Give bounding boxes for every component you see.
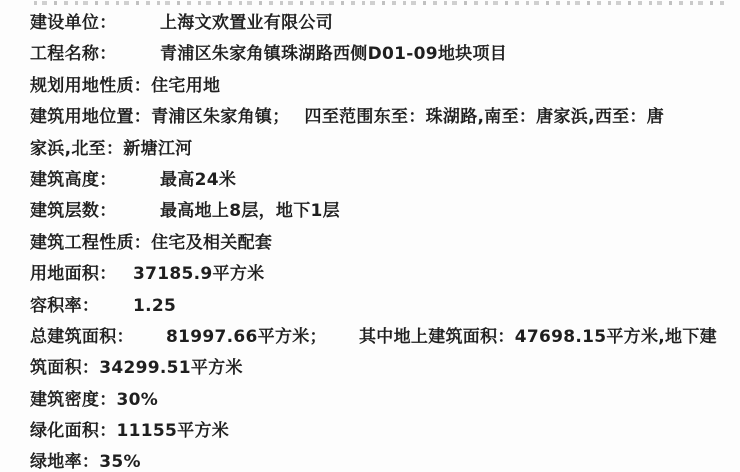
- field-value: 最高地上8层，地下1层: [160, 201, 340, 221]
- field-text: 规划用地性质：住宅用地: [30, 76, 220, 96]
- row-construction-unit: 建设单位：上海文欢置业有限公司: [30, 8, 736, 39]
- field-value: 青浦区朱家角镇珠湖路西侧D01-09地块项目: [160, 44, 507, 64]
- row-building-floors: 建筑层数：最高地上8层，地下1层: [30, 196, 736, 227]
- row-site-location-continued: 家浜,北至：新塘江河: [30, 134, 736, 165]
- row-green-ratio: 绿地率：35%: [30, 447, 736, 472]
- project-info-document: 建设单位：上海文欢置业有限公司 工程名称：青浦区朱家角镇珠湖路西侧D01-09地…: [0, 0, 740, 472]
- field-value-2: 47698.15平方米,地下建: [515, 327, 717, 347]
- field-value: 1.25: [133, 296, 176, 316]
- field-text: 建筑密度：30%: [30, 390, 158, 410]
- row-building-density: 建筑密度：30%: [30, 385, 736, 416]
- row-planned-land-use: 规划用地性质：住宅用地: [30, 71, 736, 102]
- field-label: 用地面积：: [30, 259, 133, 290]
- field-text: 筑面积：34299.51平方米: [30, 358, 243, 378]
- field-value: 上海文欢置业有限公司: [160, 13, 333, 33]
- field-label: 建设单位：: [30, 8, 160, 39]
- row-total-floor-area: 总建筑面积：81997.66平方米；其中地上建筑面积：47698.15平方米,地…: [30, 322, 736, 353]
- field-label: 容积率：: [30, 291, 133, 322]
- field-text: 家浜,北至：新塘江河: [30, 139, 192, 159]
- field-text: 绿化面积：11155平方米: [30, 421, 229, 441]
- row-site-location: 建筑用地位置：青浦区朱家角镇； 四至范围东至：珠湖路,南至：唐家浜,西至：唐: [30, 102, 736, 133]
- row-land-area: 用地面积：37185.9平方米: [30, 259, 736, 290]
- row-green-area: 绿化面积：11155平方米: [30, 416, 736, 447]
- row-total-floor-area-continued: 筑面积：34299.51平方米: [30, 353, 736, 384]
- row-project-nature: 建筑工程性质：住宅及相关配套: [30, 228, 736, 259]
- field-value: 81997.66平方米；: [166, 322, 359, 353]
- row-project-name: 工程名称：青浦区朱家角镇珠湖路西侧D01-09地块项目: [30, 39, 736, 70]
- field-text: 建筑工程性质：住宅及相关配套: [30, 233, 272, 253]
- field-label: 建筑层数：: [30, 196, 160, 227]
- row-plot-ratio: 容积率：1.25: [30, 291, 736, 322]
- field-label: 总建筑面积：: [30, 322, 166, 353]
- row-building-height: 建筑高度：最高24米: [30, 165, 736, 196]
- document-body: 建设单位：上海文欢置业有限公司 工程名称：青浦区朱家角镇珠湖路西侧D01-09地…: [0, 8, 740, 472]
- field-label: 工程名称：: [30, 39, 160, 70]
- field-label-2: 其中地上建筑面积：: [359, 327, 515, 347]
- field-value: 37185.9平方米: [133, 264, 264, 284]
- clipped-text-line-top: [34, 1, 728, 5]
- field-label: 建筑高度：: [30, 165, 160, 196]
- field-text: 绿地率：35%: [30, 452, 141, 472]
- field-value: 最高24米: [160, 170, 236, 190]
- field-text: 建筑用地位置：青浦区朱家角镇； 四至范围东至：珠湖路,南至：唐家浜,西至：唐: [30, 107, 664, 127]
